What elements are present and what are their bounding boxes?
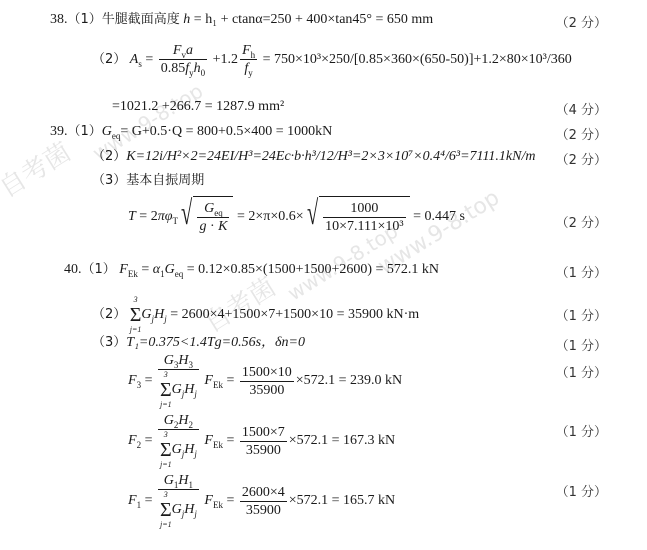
fraction: G1H13Σj=1GjHj (158, 472, 199, 530)
expression: = 2600×4+1500×7+1500×10 = 35900 kN·m (170, 307, 419, 322)
expression: T₁=0.375<1.4Tg=0.56s，δn=0 (126, 335, 305, 350)
part-text: 牛腿截面高度 (102, 12, 180, 27)
fraction: Fhfy (240, 42, 257, 77)
part-label: （2） (92, 52, 126, 67)
watermark: 自考菌 (0, 132, 77, 205)
q39-part3: （3）基本自振周期 (92, 173, 204, 189)
score: （1 分） (556, 362, 607, 381)
fraction: G3H33Σj=1GjHj (158, 352, 199, 410)
part-label: （1） (68, 124, 102, 139)
score: （2 分） (556, 12, 607, 31)
question-number: 38. (50, 12, 68, 27)
question-number: 40. (64, 262, 82, 277)
q40-part1: 40.（1） FEk = α1Geq = 0.12×0.85×(1500+150… (64, 262, 439, 278)
fraction: 1500×1035900 (240, 364, 294, 399)
sqrt: √Geqg · K (181, 196, 233, 238)
part-label: （3） (92, 173, 126, 188)
q39-period-formula: T = 2πφT √Geqg · K = 2×π×0.6× √100010×7.… (128, 196, 465, 238)
result: ×572.1 = 239.0 kN (296, 373, 402, 388)
score: （4 分） (556, 99, 607, 118)
fraction: G2H23Σj=1GjHj (158, 412, 199, 470)
var-h: h (183, 12, 190, 27)
q40-f3: F3 = G3H33Σj=1GjHj FEk = 1500×1035900×57… (128, 352, 402, 410)
q39-part2: （2）K=12i/H²×2=24EI/H³=24Ec·b·h³/12/H³=2×… (92, 149, 536, 165)
q40-f1: F1 = G1H13Σj=1GjHj FEk = 2600×435900×572… (128, 472, 395, 530)
sum-symbol: 3Σj=1 (130, 295, 142, 335)
part-text: 基本自振周期 (126, 173, 204, 188)
q38-result: =1021.2 +266.7 = 1287.9 mm² (112, 99, 284, 115)
score: （2 分） (556, 212, 607, 231)
expression: K=12i/H²×2=24EI/H³=24Ec·b·h³/12/H³=2×3×1… (126, 149, 535, 164)
part-label: （2） (92, 307, 126, 322)
sqrt: √100010×7.111×10³ (307, 196, 409, 238)
result: = 0.447 s (413, 209, 465, 224)
expression: = 0.12×0.85×(1500+1500+2600) = 572.1 kN (187, 262, 439, 277)
question-number: 39. (50, 124, 68, 139)
q38-part2: （2） As = Fva0.85fyh0 +1.2Fhfy = 750×10³×… (92, 42, 572, 78)
q38-part1: 38.（1）牛腿截面高度 h = h₁ + ctanα=250 + 400×ta… (50, 12, 433, 28)
fraction: 2600×435900 (240, 484, 287, 519)
expression: = 750×10³×250/[0.85×360×(650-50)]+1.2×80… (263, 52, 572, 67)
score: （1 分） (556, 481, 607, 500)
q39-part1: 39.（1）Geq= G+0.5·Q = 800+0.5×400 = 1000k… (50, 124, 332, 140)
result: ×572.1 = 165.7 kN (289, 493, 395, 508)
score: （1 分） (556, 335, 607, 354)
part-label: （1） (68, 12, 102, 27)
score: （1 分） (556, 421, 607, 440)
q40-f2: F2 = G2H23Σj=1GjHj FEk = 1500×735900×572… (128, 412, 395, 470)
result: ×572.1 = 167.3 kN (289, 433, 395, 448)
fraction: Fva0.85fyh0 (159, 42, 207, 77)
score: （2 分） (556, 124, 607, 143)
part-label: （1） (82, 262, 116, 277)
expression: = 2×π×0.6× (237, 209, 304, 224)
part-label: （2） (92, 149, 126, 164)
score: （2 分） (556, 149, 607, 168)
expression: = G+0.5·Q = 800+0.5×400 = 1000kN (120, 124, 332, 139)
expression: = h₁ + ctanα=250 + 400×tan45° = 650 mm (194, 12, 433, 27)
score: （1 分） (556, 262, 607, 281)
fraction: 1500×735900 (240, 424, 287, 459)
part-label: （3） (92, 335, 126, 350)
q40-part3: （3）T₁=0.375<1.4Tg=0.56s，δn=0 (92, 335, 305, 351)
score: （1 分） (556, 305, 607, 324)
q40-part2: （2） 3Σj=1GjHj = 2600×4+1500×7+1500×10 = … (92, 295, 419, 335)
